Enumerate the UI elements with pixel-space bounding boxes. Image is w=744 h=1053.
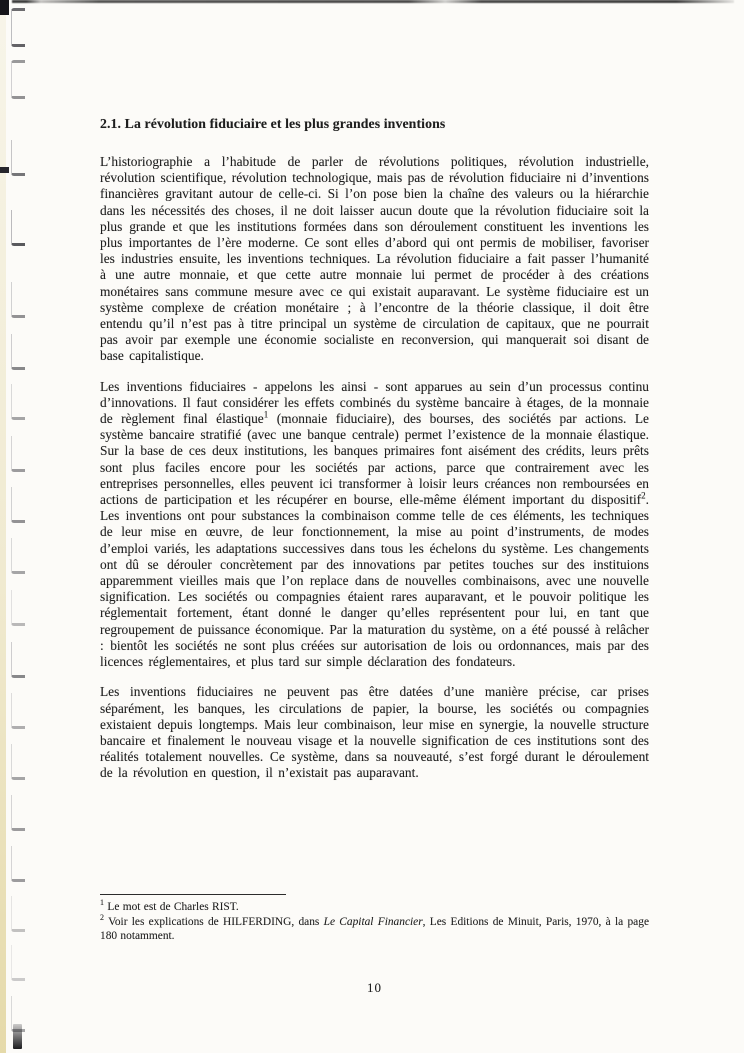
paragraph-2: Les inventions fiduciaires - appelons le… — [100, 379, 649, 671]
paragraph-text: . Les inventions ont pour substances la … — [100, 492, 649, 669]
binding-mark — [11, 282, 25, 318]
binding-mark — [11, 384, 25, 420]
binding-mark — [11, 590, 25, 626]
scan-artifact-corner-mark — [0, 0, 9, 15]
footnote-2-text: Voir les explications de HILFERDING, dan… — [108, 916, 324, 928]
binding-mark — [11, 744, 25, 780]
binding-mark — [11, 846, 25, 882]
page-number: 10 — [100, 980, 649, 996]
footnote-1: 1 Le mot est de Charles RIST. — [100, 900, 649, 915]
paragraph-text: Les inventions fiduciaires ne peuvent pa… — [100, 684, 649, 780]
binding-mark — [11, 693, 25, 729]
footnote-1-text: Le mot est de Charles RIST. — [107, 901, 238, 913]
paragraph-1: L’historiographie a l’habitude de parler… — [100, 154, 649, 365]
section-heading: 2.1. La révolution fiduciaire et les plu… — [100, 116, 649, 132]
paragraph-3: Les inventions fiduciaires ne peuvent pa… — [100, 684, 649, 781]
binding-mark — [11, 538, 25, 574]
binding-mark — [11, 642, 25, 678]
footnotes-section: 1 Le mot est de Charles RIST. 2 Voir les… — [100, 894, 649, 944]
scan-artifact-left-strip — [0, 0, 6, 1053]
binding-mark — [11, 8, 25, 47]
footnote-2-book-title: Le Capital Financier — [324, 916, 423, 928]
footnote-separator-rule — [100, 894, 286, 895]
binding-mark — [11, 945, 25, 981]
binding-mark — [11, 996, 25, 1032]
footnote-1-marker: 1 — [100, 898, 104, 907]
binding-mark — [11, 436, 25, 472]
scanned-document-page: 2.1. La révolution fiduciaire et les plu… — [0, 0, 744, 1053]
page-content: 2.1. La révolution fiduciaire et les plu… — [100, 0, 649, 782]
binding-mark — [11, 795, 25, 831]
paragraph-text: L’historiographie a l’habitude de parler… — [100, 154, 649, 363]
binding-mark — [11, 210, 25, 246]
footnote-2-marker: 2 — [100, 913, 104, 922]
binding-mark — [11, 896, 25, 932]
binding-mark — [11, 60, 25, 99]
binding-mark — [11, 140, 25, 176]
binding-mark — [11, 487, 25, 523]
scan-artifact-left-dash — [0, 167, 9, 173]
footnote-2: 2 Voir les explications de HILFERDING, d… — [100, 915, 649, 944]
binding-mark — [11, 334, 25, 370]
